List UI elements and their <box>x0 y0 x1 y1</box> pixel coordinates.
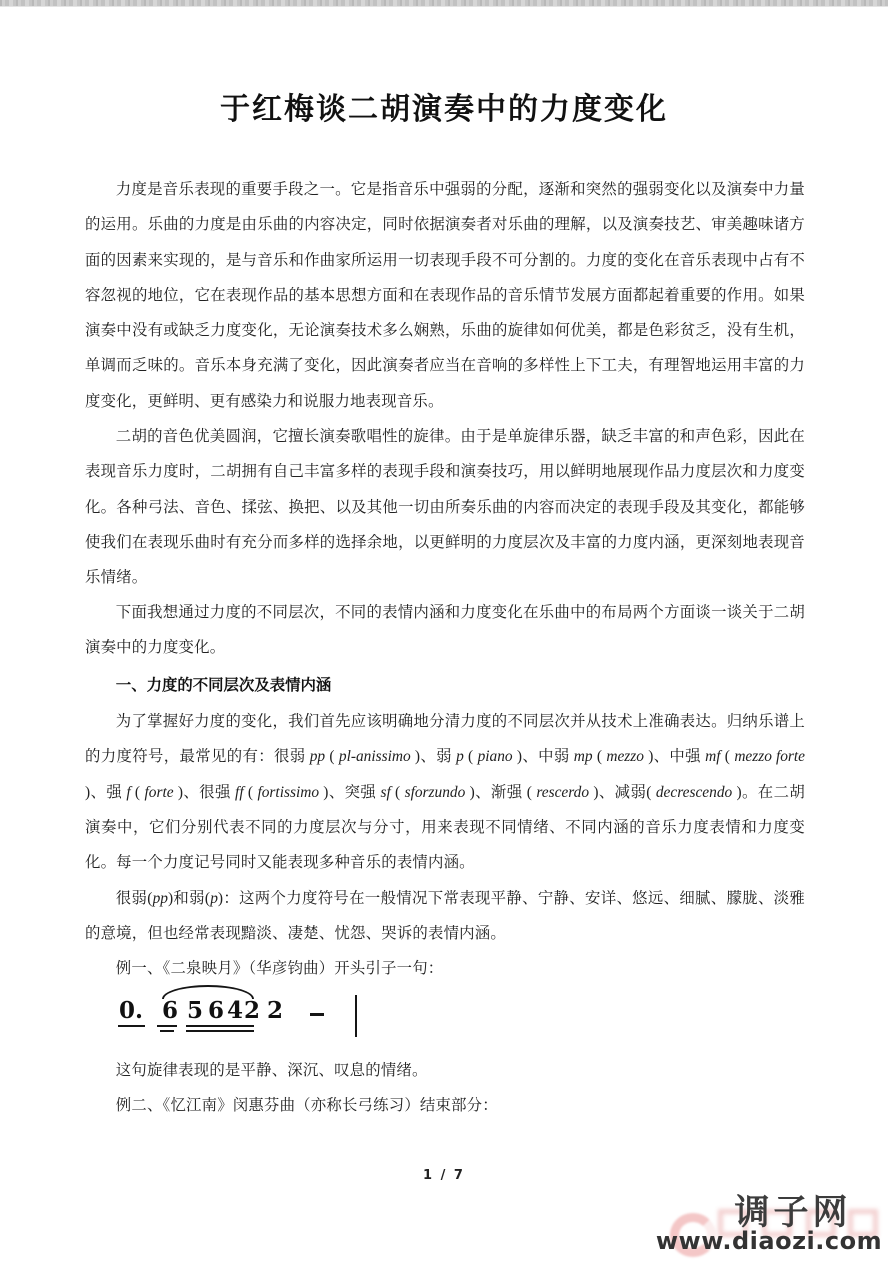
note-2: 2 <box>244 999 260 1022</box>
page-number: 1 / 7 <box>0 1168 888 1183</box>
article-title: 于红梅谈二胡演奏中的力度变化 <box>0 84 888 128</box>
section-heading-1: 一、力度的不同层次及表情内涵 <box>85 668 805 703</box>
paragraph-dynamics-symbols: 为了掌握好力度的变化，我们首先应该明确地分清力度的不同层次并从技术上准确表达。归… <box>85 704 805 880</box>
paragraph-example-2-caption: 例二、《忆江南》闵惠芬曲（亦称长弓练习）结束部分： <box>85 1088 805 1123</box>
paragraph-example-1-caption: 例一、《二泉映月》（华彦钧曲）开头引子一句： <box>85 951 805 986</box>
note-6b: 6 <box>208 999 224 1022</box>
beam-eighth-6 <box>157 1025 177 1027</box>
beam-eighth-rest <box>118 1025 145 1027</box>
paragraph-intro: 力度是音乐表现的重要手段之一。它是指音乐中强弱的分配，逐渐和突然的强弱变化以及演… <box>85 172 805 419</box>
paragraph-example-1-comment: 这句旋律表现的是平静、深沉、叹息的情绪。 <box>85 1053 805 1088</box>
document-page: 于红梅谈二胡演奏中的力度变化 力度是音乐表现的重要手段之一。它是指音乐中强弱的分… <box>0 0 888 1264</box>
top-edge-watermark-strip <box>0 0 888 7</box>
beam-sixteenth-6 <box>160 1030 174 1032</box>
note-6: 6 <box>162 999 178 1022</box>
barline <box>355 995 357 1037</box>
watermark-site-url: www.diaozi.com <box>654 1227 884 1255</box>
music-notation-jianpu: 0. 6 5 6 4 2 2 <box>118 988 378 1050</box>
note-rest-dotted: 0. <box>119 999 143 1022</box>
note-4: 4 <box>227 999 243 1022</box>
paragraph-erhu-tone: 二胡的音色优美圆润，它擅长演奏歌唱性的旋律。由于是单旋律乐器，缺乏丰富的和声色彩… <box>85 419 805 595</box>
note-5: 5 <box>187 999 203 1022</box>
beam-sixteenth-group-1 <box>186 1025 254 1027</box>
paragraph-pp-p-meaning: 很弱(pp)和弱(p)：这两个力度符号在一般情况下常表现平静、宁静、安详、悠远、… <box>85 881 805 952</box>
beam-sixteenth-group-2 <box>186 1030 254 1032</box>
paragraph-overview: 下面我想通过力度的不同层次，不同的表情内涵和力度变化在乐曲中的布局两个方面谈一谈… <box>85 595 805 666</box>
duration-dash <box>310 1013 324 1016</box>
note-2b: 2 <box>267 999 283 1022</box>
site-watermark: 调子网 www.diaozi.com <box>640 1185 884 1263</box>
